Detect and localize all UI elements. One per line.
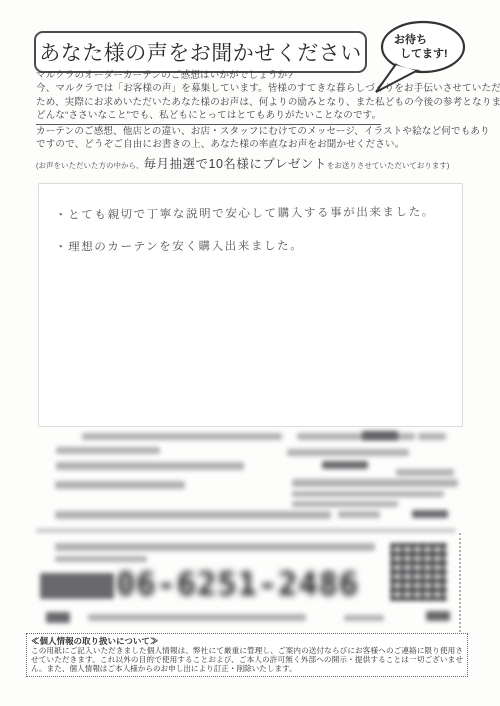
redacted-logo: [46, 612, 70, 623]
redacted-phone-number: 06-6251-2486: [116, 565, 359, 603]
redacted-line: [55, 556, 147, 562]
privacy-notice-box: ≪個人情報の取り扱いについて≫ この用紙にご記入いただきました個人情報は、弊社に…: [26, 633, 468, 677]
redacted-phone-prefix: [40, 573, 114, 599]
intro-line-2: 今、マルクラでは「お客様の声」を募集しています。皆様のすてきな暮らしづくりをお手…: [36, 82, 466, 95]
redacted-line: [56, 447, 160, 454]
intro-line-4: どんな“ささいなこと”でも、私どもにとってはとてもありがたいことなのです。: [36, 109, 466, 124]
page-title: あなた様の声をお聞かせください: [39, 37, 362, 67]
redacted-line: [426, 611, 450, 621]
redacted-line: [82, 433, 282, 440]
intro-line-1: マルクラのオーダーカーテンのご感想はいかがでしょうか?: [36, 69, 466, 82]
intro-line-3: ため、実際にお求めいただいたあなた様のお声は、何よりの励みとなり、また私どもの今…: [36, 96, 466, 109]
privacy-title: ≪個人情報の取り扱いについて≫: [31, 636, 463, 646]
intro-paragraph: マルクラのオーダーカーテンのご感想はいかがでしょうか? 今、マルクラでは「お客様…: [36, 69, 466, 173]
redacted-line: [55, 543, 375, 551]
redacted-line: [287, 449, 409, 456]
redacted-line: [322, 461, 368, 469]
bubble-line-1: お待ち: [394, 33, 454, 47]
redacted-line: [338, 511, 380, 518]
redacted-line: [412, 510, 448, 518]
redacted-line: [292, 479, 458, 487]
handwritten-comment-1: ・とても親切で丁寧な説明で安心して購入する事が出来ました。: [55, 203, 435, 222]
redacted-line: [292, 491, 444, 497]
handwritten-comment-2: ・理想のカーテンを安く購入出来ました。: [55, 237, 303, 254]
bubble-line-2: してます!: [394, 47, 454, 61]
redacted-divider: [36, 529, 456, 532]
redacted-line: [418, 433, 446, 440]
dotted-cut-line: [459, 533, 461, 632]
redacted-line: [55, 511, 331, 519]
redacted-line: [56, 462, 244, 470]
prize-line: (お声をいただいた方の中から、毎月抽選で10名様にプレゼントをお送りさせていただ…: [36, 154, 466, 173]
prize-main: 毎月抽選で10名様にプレゼント: [144, 157, 327, 171]
redacted-line: [88, 614, 306, 621]
redacted-line: [396, 469, 454, 476]
prize-prefix: (お声をいただいた方の中から、: [36, 161, 144, 170]
comment-writing-area: ・とても親切で丁寧な説明で安心して購入する事が出来ました。 ・理想のカーテンを安…: [38, 183, 463, 427]
privacy-body: この用紙にご記入いただきました個人情報は、弊社にて厳重に管理し、ご案内の送付なら…: [31, 646, 463, 673]
title-box: あなた様の声をお聞かせください: [34, 31, 367, 73]
qr-code-icon: [390, 543, 447, 601]
redacted-line: [292, 501, 398, 507]
redacted-line: [344, 615, 384, 621]
intro-line-6: ですので、どうぞご自由にお書きの上、あなた様の率直なお声をお聞かせください。: [36, 138, 466, 151]
redacted-line: [55, 481, 185, 489]
redacted-line: [362, 431, 398, 440]
speech-bubble-text: お待ち してます!: [394, 33, 454, 61]
prize-suffix: をお送りさせていただいております): [327, 161, 450, 170]
feedback-sheet: あなた様の声をお聞かせください お待ち してます! マルクラのオーダーカーテンの…: [0, 0, 500, 706]
intro-line-5: カーテンのご感想、他店との違い、お店・スタッフにむけてのメッセージ、イラストや絵…: [36, 125, 466, 138]
